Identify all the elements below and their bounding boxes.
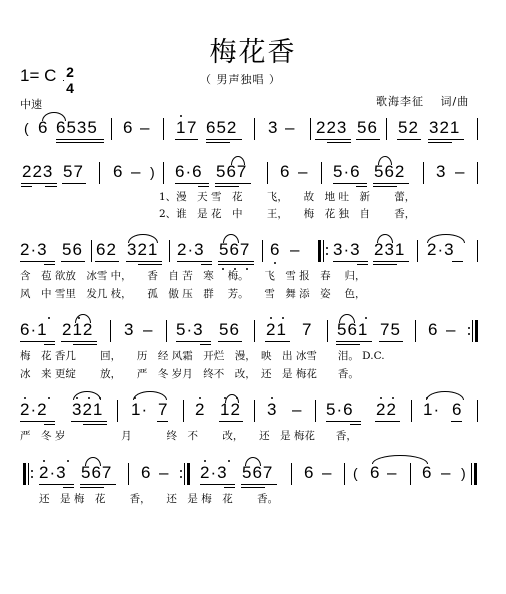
underline [428,139,464,140]
underline [198,186,209,187]
underline [206,139,242,140]
underline [356,186,367,187]
note-token: 7 [302,320,311,340]
barline [411,400,412,422]
barline [99,162,100,184]
note-token: 567 [242,463,273,483]
barline [111,118,112,140]
barline [417,240,418,262]
underline [215,186,239,187]
octave-dot [76,397,78,399]
tie [372,455,428,464]
repeat-start-barline [23,463,26,485]
barline [477,162,478,184]
note-token: 321 [127,240,158,260]
note-token: 75 [380,320,401,340]
underline [241,484,277,485]
note-token: 652 [206,118,237,138]
note-token: – [290,240,299,260]
note-token: 3 [267,400,276,420]
note-token: 223 [22,162,53,182]
note-token: 321 [429,118,460,138]
underline [177,261,212,262]
underline [201,264,212,265]
note-token: 6 [428,320,437,340]
underline [63,487,74,488]
underline [39,484,74,485]
underline [176,341,211,342]
underline [373,183,409,184]
note-token: 561 [337,320,368,340]
underline [80,487,104,488]
lyric-verse-1: 梅 花 香几 回， 历 经 风霜 开烂 漫， 映 出 冰雪 泪。 D.C. [20,348,385,363]
barline [291,463,292,485]
note-token: 321 [72,400,103,420]
note-token: 7 [158,400,167,420]
octave-dot [392,397,394,399]
repeat-dot [468,327,470,329]
score-line-3: 2·3 56 62 321 2·3 567 6 – 3·3 231 2·3 [0,240,506,270]
barline [183,400,184,422]
octave-dot [88,397,90,399]
barline [184,463,185,485]
note-token: 1· [131,400,148,420]
note-token: 6·1 [20,320,48,340]
underline [157,421,168,422]
note-token: 3 [124,320,133,340]
underline [61,341,97,342]
underline [126,261,162,262]
note-token: 56 [357,118,378,138]
note-token: – [455,162,464,182]
note-token: 12 [220,400,241,420]
barline [163,118,164,140]
note-token: 3·3 [333,240,361,260]
underline [333,261,368,262]
underline [21,186,32,187]
underline [20,421,55,422]
note-token: 231 [374,240,405,260]
note-token: 6 [422,463,431,483]
octave-dot [78,317,80,319]
score-line-6: 2·3 567 6 – 2·3 567 6 – ( 6 – 6 – ) [0,463,506,493]
underline [44,344,55,345]
octave-dot [180,115,182,117]
barline [472,320,473,342]
note-token: 7 [187,118,196,138]
note-token: 6 [141,463,150,483]
note-token: 2 [195,400,204,420]
score-line-1: ( 6 6535 6 – 1 7 652 3 – 223 56 52 321 [0,118,506,148]
barline [110,320,111,342]
note-token: 2·3 [427,240,455,260]
note-token: 567 [219,240,250,260]
underline [20,341,55,342]
song-title: 梅花香 [0,30,506,69]
barline [267,162,268,184]
underline [356,139,380,140]
barline [163,162,164,184]
barline [415,320,416,342]
underline [175,139,198,140]
note-token: 5·6 [326,400,354,420]
note-token: 22 [376,400,397,420]
underline [200,484,235,485]
octave-dot [365,317,367,319]
note-token: 2·3 [177,240,205,260]
barline [254,400,255,422]
underline [357,264,368,265]
underline [224,487,235,488]
octave-dot [134,397,136,399]
underline [241,487,265,488]
octave-dot [24,397,26,399]
underline [336,341,372,342]
underline [451,421,462,422]
underline [44,264,55,265]
underline [379,341,403,342]
note-token: 2·3 [20,240,48,260]
octave-dot [426,397,428,399]
time-signature-numerator: 2 [63,66,77,79]
underline [175,183,209,184]
underline [326,421,361,422]
barline [91,240,92,262]
underline [20,261,55,262]
underline [61,261,85,262]
note-token: 6 [304,463,313,483]
underline [218,261,254,262]
note-token: – [285,118,294,138]
repeat-dot [180,476,182,478]
note-token: 6 [280,162,289,182]
note-token: 567 [81,463,112,483]
time-signature-denominator: 4 [63,82,77,95]
repeat-end-barline [475,320,478,342]
octave-dot [274,262,276,264]
barline [262,240,263,262]
score-line-5: 2·2 321 1· 7 2 12 3 – 5·6 22 1· 6 [0,400,506,430]
underline [373,264,397,265]
underline [215,183,251,184]
barline [323,240,324,262]
lyric-verse-1: 1、漫 天 雪 花 飞， 故 地 吐 新 蕾， [159,189,415,204]
note-token: – [322,463,331,483]
octave-dot [270,317,272,319]
note-token: – [387,463,396,483]
underline [56,142,104,143]
note-token: 5·6 [333,162,361,182]
note-token: – [441,463,450,483]
repeat-end-barline [187,463,190,485]
underline [206,142,230,143]
repeat-start-barline [318,240,321,262]
underline [452,261,463,262]
note-token: 52 [398,118,419,138]
note-token: 56 [62,240,83,260]
octave-dot [48,317,50,319]
note-token: – [159,463,168,483]
note-token: 6 [370,463,379,483]
barline [166,320,167,342]
octave-dot [236,397,238,399]
underline [373,261,409,262]
barline [477,118,478,140]
octave-dot [380,397,382,399]
underline [218,264,254,265]
note-token: 3 [268,118,277,138]
barline [169,240,170,262]
time-signature: 2 4 [63,66,77,95]
note-token: 2·3 [200,463,228,483]
underline [62,183,86,184]
note-token: – [298,162,307,182]
repeat-dot [326,253,328,255]
note-token: 567 [216,162,247,182]
repeat-dot [326,247,328,249]
octave-dot [282,317,284,319]
barline [117,400,118,422]
song-subtitle: （ 男声独唱 ） [200,71,281,87]
barline [327,320,328,342]
final-barline [474,463,477,485]
note-token: – [446,320,455,340]
note-token: ) [461,463,466,483]
note-token: 6·6 [175,162,203,182]
slur [133,391,167,400]
barline [254,118,255,140]
note-token: 212 [62,320,93,340]
note-token: – [292,400,301,420]
octave-dot [67,460,69,462]
note-token: 62 [96,240,117,260]
underline [80,484,116,485]
note-token: 21 [266,320,287,340]
barline [28,463,29,485]
underline [327,142,351,143]
underline [21,183,57,184]
note-token: 6 [270,240,279,260]
note-token: – [131,162,140,182]
lyric-verse-1: 严 冬 岁 月 终 不 改， 还 是 梅花 香， [20,428,357,443]
octave-dot [48,397,50,399]
underline [375,421,400,422]
underline [73,344,97,345]
note-token: 2·2 [20,400,48,420]
barline [254,320,255,342]
octave-dot [199,397,201,399]
note-token: 3 [436,162,445,182]
note-token: – [143,320,152,340]
underline [138,264,162,265]
note-token: 1 [176,118,185,138]
lyric-verse-2: 冰 来 更绽 放， 严 冬 岁月 终不 改， 还 是 梅花 香。 [20,366,359,381]
underline [428,142,452,143]
barline [386,118,387,140]
octave-dot [99,397,101,399]
note-token: ( [353,463,358,483]
barline [423,162,424,184]
barline [344,463,345,485]
note-token: 6 [452,400,461,420]
note-token: 6 [113,162,122,182]
barline [471,463,472,485]
note-token: ( [24,118,29,138]
repeat-dot [31,470,33,472]
score-line-4: 6·1 212 3 – 5·3 56 21 7 561 75 6 – [0,320,506,350]
time-signature-divider [63,80,64,81]
octave-dot [228,460,230,462]
barline [477,240,478,262]
underline [45,186,57,187]
underline [265,341,290,342]
octave-dot [43,460,45,462]
composer-credit: 歌海李征 词/曲 [376,93,469,109]
octave-dot [271,397,273,399]
note-token: 6 [123,118,132,138]
underline [350,424,361,425]
tempo-marking: 中速 [20,96,42,112]
barline [128,463,129,485]
note-token: 56 [219,320,240,340]
note-token: 57 [63,162,84,182]
underline [95,261,119,262]
octave-dot [204,460,206,462]
note-token: 5·3 [176,320,204,340]
barline [315,400,316,422]
key-signature: 1= C [20,66,56,86]
lyric-verse-1: 还 是 梅 花 香， 还 是 梅 花 香。 [39,491,278,506]
slur [426,391,464,400]
barline [410,463,411,485]
underline [71,421,107,422]
barline [310,118,311,140]
note-token: – [140,118,149,138]
octave-dot [224,397,226,399]
note-token: 562 [374,162,405,182]
underline [56,139,104,140]
lyric-verse-1: 含 苞 欲放 冰雪 中， 香 自 苦 寒 梅。 飞 雪 报 春 归， [20,268,366,283]
score-line-2: 223 57 6 – ) 6·6 567 6 – 5·6 562 3 – [0,162,506,192]
repeat-dot [468,333,470,335]
note-token: 2·3 [39,463,67,483]
repeat-dot [180,470,182,472]
note-token: 1· [423,400,440,420]
underline [83,424,107,425]
barline [321,162,322,184]
note-token: 6 [38,118,47,138]
underline [315,139,351,140]
underline [333,183,367,184]
lyric-verse-2: 风 中 雪里 发几 枝， 孤 傲 压 群 芳。 雪 舞 添 姿 色， [20,286,366,301]
repeat-dot [31,476,33,478]
lyric-verse-2: 2、谁 是 花 中 王， 梅 花 独 自 香， [159,206,415,221]
underline [200,344,211,345]
underline [336,344,360,345]
underline [219,421,243,422]
note-token: 223 [316,118,347,138]
underline [373,186,397,187]
underline [218,341,242,342]
barline [477,400,478,422]
underline [44,424,55,425]
underline [397,139,421,140]
note-token: 6535 [56,118,98,138]
note-token: ) [150,162,155,182]
